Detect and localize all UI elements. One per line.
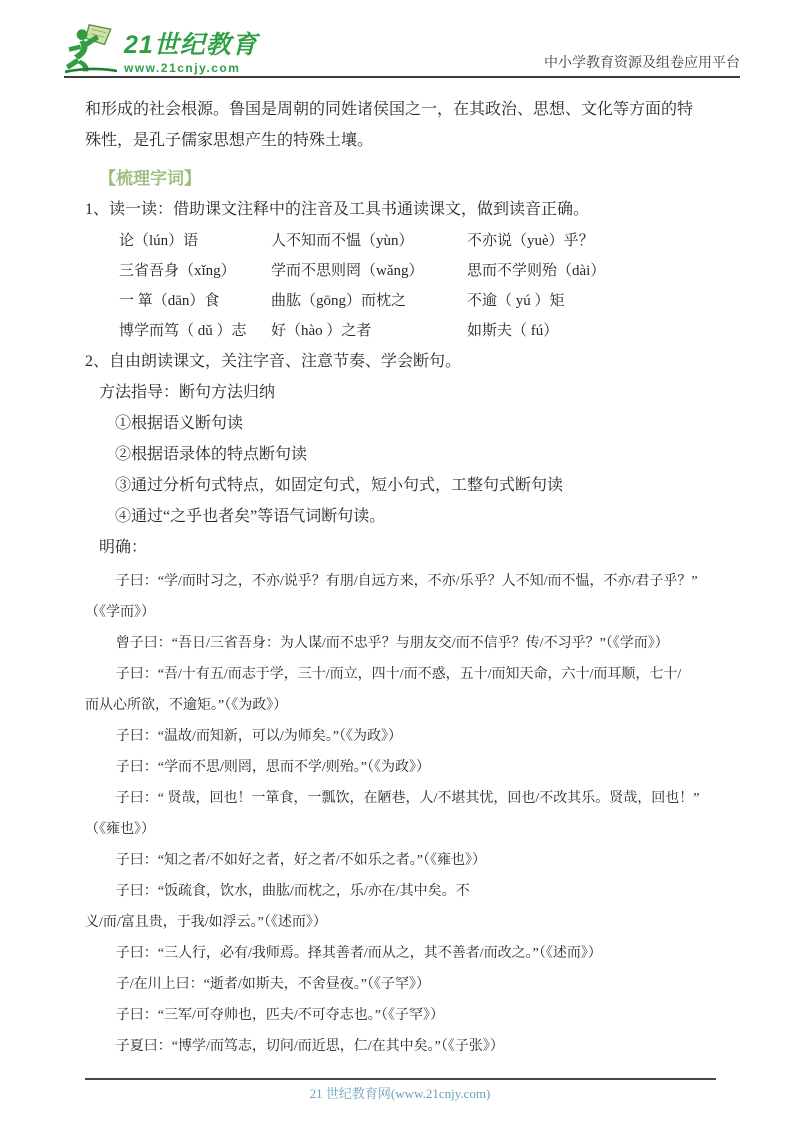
quote-paragraph: 子曰：“学而不思/则罔，思而不学/则殆。”（《为政》） <box>85 752 747 783</box>
item-2: 2、自由朗读课文，关注字音、注意节奏、学会断句。 <box>85 346 747 377</box>
continued-paragraph: 和形成的社会根源。鲁国是周朝的同姓诸侯国之一，在其政治、思想、文化等方面的特 殊… <box>85 94 747 156</box>
platform-title: 中小学教育资源及组卷应用平台 <box>544 52 740 75</box>
brand-name: 21世纪教育 <box>124 33 258 58</box>
item-1: 1、读一读：借助课文注释中的注音及工具书通读课文，做到读音正确。 <box>85 194 747 225</box>
brand-logo: 21世纪教育 www.21cnjy.com <box>64 23 258 75</box>
quote-paragraph: 子曰：“三军/可夺帅也，匹夫/不可夺志也。”（《子罕》） <box>85 1000 747 1031</box>
method-item-4: ④通过“之乎也者矣”等语气词断句读。 <box>85 501 747 532</box>
pinyin-cell: 三省吾身（xǐng） <box>119 256 271 286</box>
brand-text: 21世纪教育 www.21cnjy.com <box>124 33 258 75</box>
pinyin-cell: 学而不思则罔（wǎng） <box>271 256 467 286</box>
quote-paragraph: 子曰：“吾/十有五/而志于学，三十/而立，四十/而不惑，五十/而知天命，六十/而… <box>85 659 747 721</box>
quote-paragraph: 子夏曰：“博学/而笃志，切问/而近思，仁/在其中矣。”（《子张》） <box>85 1031 747 1062</box>
pinyin-cell: 思而不学则殆（dài） <box>467 256 747 286</box>
quote-paragraph: 子曰：“温故/而知新，可以/为师矣。”（《为政》） <box>85 721 747 752</box>
pinyin-cell: 一 箪（dān）食 <box>119 286 271 316</box>
method-item-1: ①根据语义断句读 <box>85 408 747 439</box>
page-header: 21世纪教育 www.21cnjy.com 中小学教育资源及组卷应用平台 <box>64 20 740 78</box>
pinyin-table: 论（lún）语 人不知而不愠（yùn） 不亦说（yuè）乎？ 三省吾身（xǐng… <box>85 226 747 346</box>
pinyin-cell: 人不知而不愠（yùn） <box>271 226 467 256</box>
quote-paragraph: 子/在川上曰：“逝者/如斯夫，不舍昼夜。”（《子罕》） <box>85 969 747 1000</box>
main-content: 和形成的社会根源。鲁国是周朝的同姓诸侯国之一，在其政治、思想、文化等方面的特 殊… <box>85 94 747 1062</box>
pinyin-cell: 曲肱（gōng）而枕之 <box>271 286 467 316</box>
document-page: 21世纪教育 www.21cnjy.com 中小学教育资源及组卷应用平台 和形成… <box>0 0 800 1131</box>
footer-divider <box>85 1078 716 1080</box>
quote-paragraph: 曾子曰：“吾日/三省吾身：为人谋/而不忠乎？与朋友交/而不信乎？传/不习乎？”（… <box>85 628 747 659</box>
pinyin-cell: 论（lún）语 <box>119 226 271 256</box>
brand-url: www.21cnjy.com <box>124 62 258 74</box>
pinyin-cell: 不逾（ yú ）矩 <box>467 286 747 316</box>
quote-paragraph: 子曰：“ 贤哉，回也！一箪食，一瓢饮，在陋巷，人/不堪其忧，回也/不改其乐。贤哉… <box>85 783 747 845</box>
quote-paragraph: 子曰：“学/而时习之，不亦/说乎？有朋/自远方来，不亦/乐乎？人不知/而不愠，不… <box>85 566 747 628</box>
method-item-3: ③通过分析句式特点，如固定句式，短小句式，工整句式断句读 <box>85 470 747 501</box>
method-item-2: ②根据语录体的特点断句读 <box>85 439 747 470</box>
pinyin-cell: 不亦说（yuè）乎？ <box>467 226 747 256</box>
pinyin-cell: 博学而笃（ dǔ ）志 <box>119 316 271 346</box>
quotes-block: 子曰：“学/而时习之，不亦/说乎？有朋/自远方来，不亦/乐乎？人不知/而不愠，不… <box>85 566 747 1062</box>
clear-label: 明确： <box>85 532 747 563</box>
quote-paragraph: 子曰：“知之者/不如好之者，好之者/不如乐之者。”（《雍也》） <box>85 845 747 876</box>
runner-icon <box>64 23 118 75</box>
pinyin-cell: 如斯夫（ fú） <box>467 316 747 346</box>
footer-site-text: 21 世纪教育网(www.21cnjy.com) <box>0 1083 800 1105</box>
section-label: 【梳理字词】 <box>85 163 747 194</box>
pinyin-cell: 好（hào ）之者 <box>271 316 467 346</box>
quote-paragraph: 子曰：“三人行，必有/我师焉。择其善者/而从之，其不善者/而改之。”（《述而》） <box>85 938 747 969</box>
quote-paragraph: 子曰：“饭疏食，饮水，曲肱/而枕之，乐/亦在/其中矣。不 义/而/富且贵，于我/… <box>85 876 747 938</box>
method-guide-title: 方法指导：断句方法归纳 <box>85 377 747 408</box>
